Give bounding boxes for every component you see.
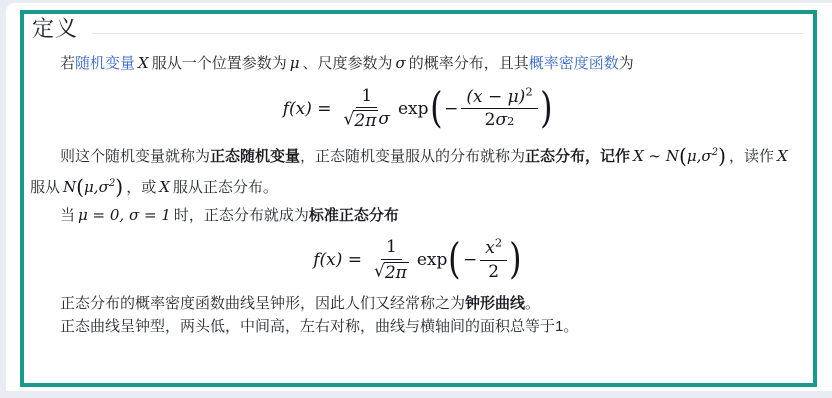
bell-text-2: 。	[525, 295, 540, 312]
formula2-lhs: f(x) =	[313, 250, 362, 270]
formula1-lhs: f(x) =	[283, 99, 332, 119]
exp-denominator: 2σ2	[481, 109, 519, 131]
intro-text-5: 为	[619, 55, 634, 72]
sqrt-2pi: √2π	[344, 110, 379, 132]
math-var-x: X	[138, 54, 149, 72]
def-text-4: 服从	[30, 179, 60, 196]
m1-head: X ∼ N	[633, 147, 679, 165]
bell-curve-term: 钟形曲线	[465, 295, 525, 312]
intro-text-4: 的概率分布，且其	[409, 55, 529, 72]
formula1-exp-fraction: (x − μ)2 2σ2	[461, 88, 537, 131]
radicand: 2π	[353, 110, 378, 132]
intro-text-2: 服从一个位置参数为	[152, 55, 287, 72]
formula1-numerator: 1	[356, 87, 377, 109]
math-var-sigma: σ	[396, 54, 406, 72]
curve-shape-paragraph: 正态曲线呈钟型，两头低，中间高，左右对称，曲线与横轴间的面积总等于1。	[30, 315, 805, 338]
section-heading-row: 定义	[32, 16, 805, 42]
shape-text: 正态曲线呈钟型，两头低，中间高，左右对称，曲线与横轴间的面积总等于1。	[60, 318, 578, 335]
definition-box: 定义 若随机变量X服从一个位置参数为μ、尺度参数为σ的概率分布，且其概率密度函数…	[20, 10, 817, 387]
exp-denominator-2: 2	[484, 261, 503, 283]
m1-rparen: )	[718, 144, 726, 168]
formula1-den-sigma: σ	[378, 110, 390, 130]
radical-sign: √	[344, 111, 355, 131]
exp-numerator: (x − μ)2	[461, 88, 537, 110]
formula1-main-fraction: 1 √2πσ	[340, 87, 394, 132]
bell-text-1: 正态分布的概率密度函数曲线呈钟形，因此人们又经常称之为	[60, 295, 465, 312]
def-text-3: ，读作	[729, 148, 774, 165]
def-text-6: 服从正态分布。	[173, 179, 278, 196]
formula1-denominator: √2πσ	[340, 108, 394, 132]
minus-sign-2: −	[463, 250, 477, 270]
exp-den-coef: 2	[485, 111, 496, 131]
article-card: 定义 若随机变量X服从一个位置参数为μ、尺度参数为σ的概率分布，且其概率密度函数…	[5, 2, 832, 391]
mu-sigma-condition: μ = 0, σ = 1	[78, 206, 171, 224]
pdf-link[interactable]: 概率密度函数	[529, 55, 619, 72]
intro-text-1: 若	[60, 55, 75, 72]
def-var-x2: X	[159, 178, 170, 196]
normal-distribution-term: 正态分布，记作	[525, 148, 630, 165]
definition-paragraph: 则这个随机变量就称为正态随机变量，正态随机变量服从的分布就称为正态分布，记作X …	[30, 141, 805, 204]
exp-function: exp	[398, 99, 429, 119]
m2-rparen: )	[115, 175, 123, 199]
def-var-x1: X	[777, 147, 788, 165]
left-paren-2: (	[448, 242, 460, 278]
m2-head: N	[63, 178, 76, 196]
right-paren: )	[540, 91, 552, 127]
m2-args: μ,σ	[84, 178, 109, 196]
m1-args: μ,σ	[687, 147, 712, 165]
def-text-2: ，正态随机变量服从的分布就称为	[300, 148, 525, 165]
sqrt-2pi-2: √2π	[374, 262, 409, 284]
formula2-numerator: 1	[381, 238, 402, 260]
m1-lparen: (	[679, 144, 687, 168]
formula2-exp-fraction: x2 2	[480, 239, 507, 282]
exp-num-sup: 2	[525, 84, 532, 98]
standard-normal-term: 标准正态分布	[309, 207, 399, 224]
std-text-1: 当	[60, 207, 75, 224]
notation-math-2: N(μ,σ2)	[63, 178, 123, 196]
intro-text-3: 、尺度参数为	[302, 55, 392, 72]
std-text-2: 时，正态分布就成为	[174, 207, 309, 224]
formula2-denominator: √2π	[370, 260, 413, 284]
def-text-1: 则这个随机变量就称为	[60, 148, 210, 165]
left-paren: (	[430, 91, 442, 127]
exp-numerator-2: x2	[480, 239, 507, 261]
bell-curve-paragraph: 正态分布的概率密度函数曲线呈钟形，因此人们又经常称之为钟形曲线。	[30, 292, 805, 315]
minus-sign: −	[444, 99, 458, 119]
exp-num-base: (x − μ)	[466, 87, 525, 107]
intro-paragraph: 若随机变量X服从一个位置参数为μ、尺度参数为σ的概率分布，且其概率密度函数为	[30, 52, 805, 75]
standard-normal-paragraph: 当μ = 0, σ = 1时，正态分布就成为标准正态分布	[30, 204, 805, 227]
radicand-2: 2π	[384, 262, 409, 284]
m2-lparen: (	[76, 175, 84, 199]
standard-normal-pdf-formula: f(x) = 1 √2π exp ( − x2 2 )	[30, 238, 805, 283]
notation-math-1: X ∼ N(μ,σ2)	[633, 147, 726, 165]
heading-rule	[92, 33, 803, 34]
exp-den-var: σ	[495, 111, 507, 131]
normal-pdf-formula: f(x) = 1 √2πσ exp ( − (x − μ)2 2σ2 )	[30, 87, 805, 132]
def-text-5: ，或	[126, 179, 156, 196]
normal-random-variable-term: 正态随机变量	[210, 148, 300, 165]
exp-num-sup-2: 2	[495, 235, 502, 249]
math-var-mu: μ	[290, 54, 300, 72]
formula2-main-fraction: 1 √2π	[370, 238, 413, 283]
exp-function-2: exp	[417, 250, 448, 270]
section-title: 定义	[32, 16, 78, 42]
exp-num-base-2: x	[485, 238, 495, 258]
random-variable-link[interactable]: 随机变量	[75, 55, 135, 72]
right-paren-2: )	[509, 242, 521, 278]
radical-sign-2: √	[374, 262, 385, 282]
